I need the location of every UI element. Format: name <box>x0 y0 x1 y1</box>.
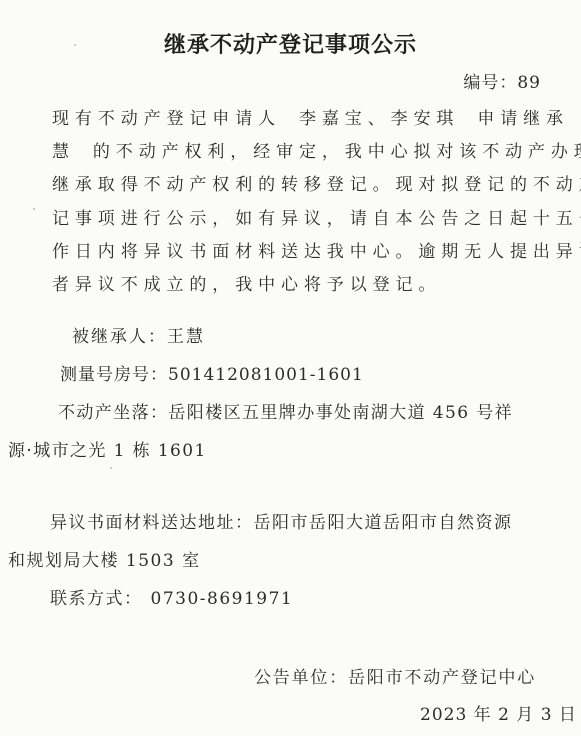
scan-speck <box>110 467 112 469</box>
applicants: 李嘉宝、李安琪 <box>299 109 459 129</box>
contact-field: 联系方式：0730-8691971 <box>50 584 293 609</box>
issuer-name: 岳阳市不动产登记中心 <box>348 668 536 688</box>
decedent-label: 被继承人： <box>72 327 167 347</box>
issue-date: 2023 年 2 月 3 日 <box>420 700 577 725</box>
location-field: 不动产坐落：岳阳楼区五里牌办事处南湖大道 456 号祥 <box>58 398 513 423</box>
document-title: 继承不动产登记事项公示 <box>0 28 581 59</box>
body-line-3: 继承取得不动产权利的转移登记。现对拟登记的不动产登 <box>52 170 581 195</box>
body-text: 的不动产权利，经审定，我中心拟对该不动产办理因 <box>93 142 581 162</box>
issuer-label: 公告单位： <box>254 668 348 688</box>
contact-label: 联系方式： <box>50 589 143 609</box>
objection-address-field: 异议书面材料送达地址：岳阳市岳阳大道岳阳市自然资源 <box>50 508 513 533</box>
body-line-6: 者异议不成立的，我中心将予以登记。 <box>52 270 441 295</box>
location-label: 不动产坐落： <box>58 403 168 423</box>
body-text: 申请继承 <box>477 109 569 129</box>
decedent-inline: 慧 <box>52 142 75 162</box>
location-value-line2: 源·城市之光 1 栋 1601 <box>8 436 207 461</box>
decedent-value: 王慧 <box>167 327 205 347</box>
scan-speck <box>74 44 76 46</box>
survey-number-label: 测量号房号： <box>60 365 168 385</box>
body-line-2: 慧的不动产权利，经审定，我中心拟对该不动产办理因 <box>52 137 581 162</box>
contact-value: 0730-8691971 <box>151 589 294 609</box>
document-number-label: 编号： <box>463 73 517 93</box>
body-line-5: 作日内将异议书面材料送达我中心。逾期无人提出异议或 <box>52 237 581 262</box>
survey-number-value: 501412081001-1601 <box>168 365 364 385</box>
objection-address-label: 异议书面材料送达地址： <box>50 513 254 533</box>
decedent-field: 被继承人：王慧 <box>72 322 205 347</box>
location-value-line1: 岳阳楼区五里牌办事处南湖大道 456 号祥 <box>168 403 513 423</box>
body-text: 现有不动产登记申请人 <box>52 109 281 129</box>
objection-address-line1: 岳阳市岳阳大道岳阳市自然资源 <box>254 513 513 533</box>
document-number: 编号：89 <box>463 68 541 93</box>
body-line-1: 现有不动产登记申请人李嘉宝、李安琪申请继承王 <box>52 104 581 129</box>
notice-page: 继承不动产登记事项公示 编号：89 现有不动产登记申请人李嘉宝、李安琪申请继承王… <box>0 0 581 736</box>
issuer-line: 公告单位：岳阳市不动产登记中心 <box>254 663 536 688</box>
body-line-4: 记事项进行公示，如有异议，请自本公告之日起十五个工 <box>52 204 581 229</box>
survey-number-field: 测量号房号：501412081001-1601 <box>60 360 364 385</box>
scan-speck <box>33 208 35 210</box>
objection-address-line2: 和规划局大楼 1503 室 <box>8 546 201 571</box>
document-number-value: 89 <box>517 73 541 93</box>
